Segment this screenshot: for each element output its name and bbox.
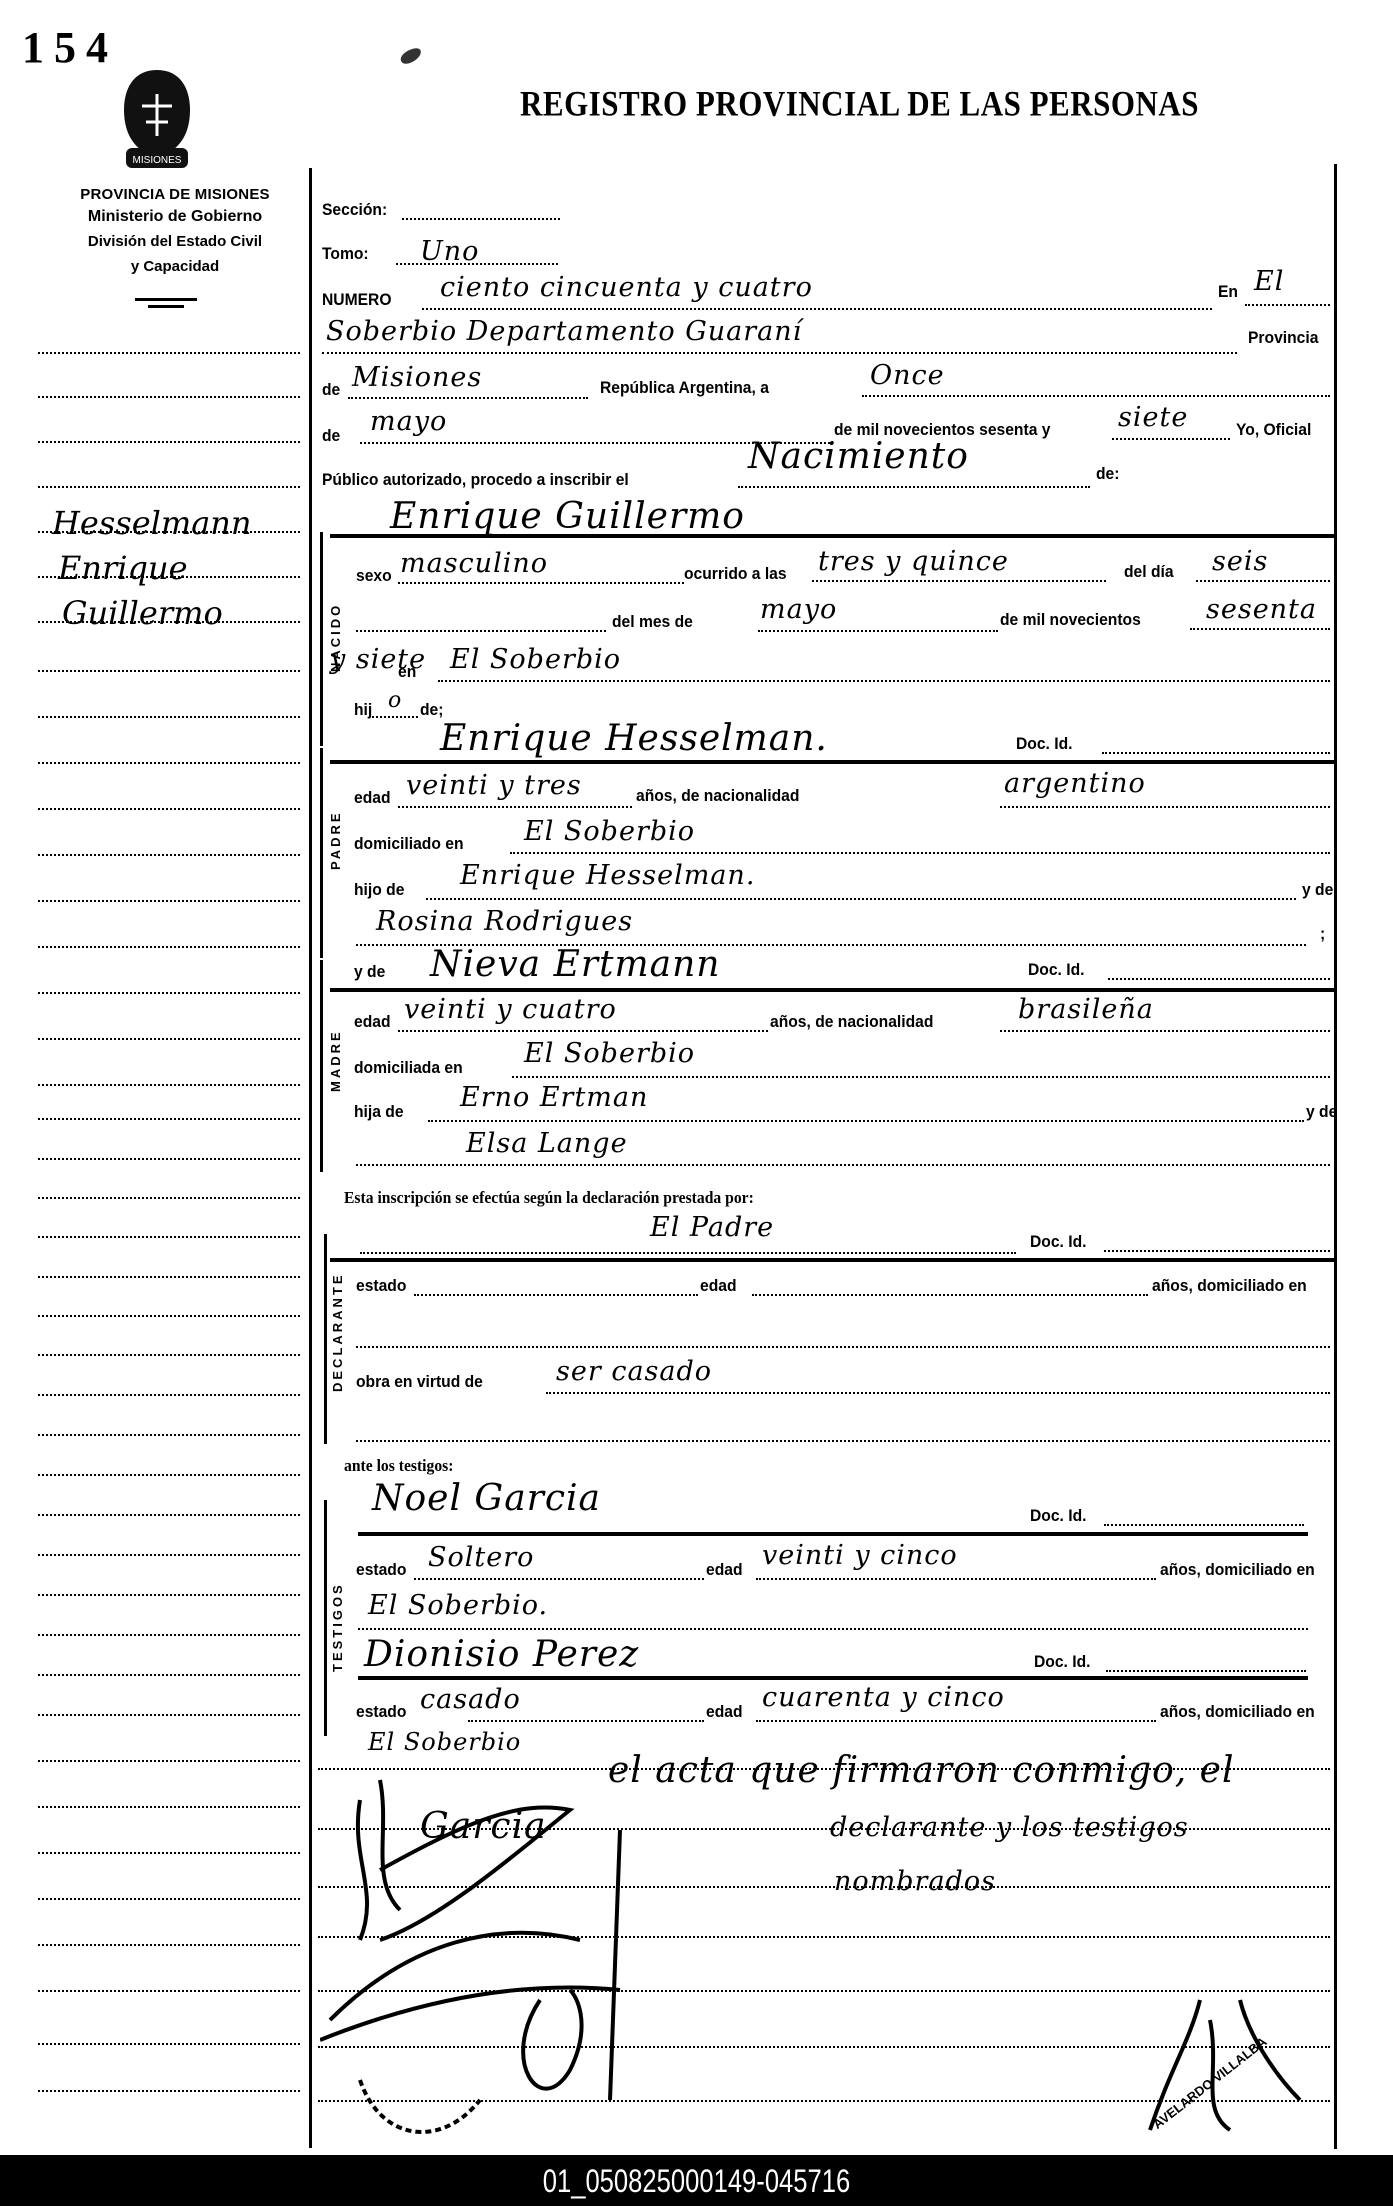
padre-dom-value: El Soberbio xyxy=(524,816,695,847)
margin-line xyxy=(38,1118,300,1120)
madre-nac-value: brasileña xyxy=(1018,994,1154,1025)
madre-madre-de-value: Elsa Lange xyxy=(466,1128,628,1159)
testigos-intro: ante los testigos: xyxy=(344,1456,453,1476)
document-title: REGISTRO PROVINCIAL DE LAS PERSONAS xyxy=(520,83,1199,124)
hijo-label: hij xyxy=(354,700,372,720)
provincial-crest-icon: MISIONES xyxy=(116,66,198,176)
testigo-1-estado-label: estado xyxy=(356,1560,406,1580)
hijo-field[interactable] xyxy=(372,716,418,718)
dia-nac-label: del día xyxy=(1124,562,1174,582)
margin-line xyxy=(38,992,300,994)
lugar-nac-value: El Soberbio xyxy=(450,644,621,675)
nacido-bracket xyxy=(320,532,323,746)
testigo-2-edad-field[interactable] xyxy=(756,1720,1156,1722)
declarante-estado-field[interactable] xyxy=(414,1294,698,1296)
padre-doc-field[interactable] xyxy=(1102,752,1330,754)
margin-divider xyxy=(309,168,312,2148)
margin-line xyxy=(38,1760,300,1762)
margin-line xyxy=(38,946,300,948)
issuer-rule xyxy=(135,298,197,301)
margin-line xyxy=(38,2090,300,2092)
mes-registro-value: mayo xyxy=(370,406,447,437)
madre-y-de-label-2: y de xyxy=(1306,1102,1337,1122)
padre-semicolon: ; xyxy=(1320,924,1325,944)
declarante-dom-label: años, domiciliado en xyxy=(1152,1276,1307,1296)
provincia-de-label: de xyxy=(322,380,340,400)
provincia-field[interactable] xyxy=(348,397,588,399)
testigo-1-estado: Soltero xyxy=(428,1542,534,1573)
declarante-bracket xyxy=(324,1234,327,1444)
issuer-ministry: Ministerio de Gobierno xyxy=(40,208,310,226)
testigo-2-estado: casado xyxy=(420,1684,521,1715)
declarante-estado-label: estado xyxy=(356,1276,406,1296)
padre-nac-field[interactable] xyxy=(1000,806,1330,808)
signature-scribbles-icon xyxy=(320,1740,740,2140)
margin-line xyxy=(38,670,300,672)
padre-hijo-de-label: hijo de xyxy=(354,880,404,900)
testigo-2-estado-label: estado xyxy=(356,1702,406,1722)
margin-line xyxy=(38,1806,300,1808)
testigos-bracket xyxy=(324,1500,327,1736)
margin-line xyxy=(38,1634,300,1636)
padre-dom-field[interactable] xyxy=(510,852,1330,854)
provincia-label: Provincia xyxy=(1248,328,1318,348)
ocurrido-label: ocurrido a las xyxy=(684,564,787,584)
madre-dom-label: domiciliada en xyxy=(354,1058,463,1078)
en-value: El xyxy=(1254,266,1284,297)
sexo-label: sexo xyxy=(356,566,392,586)
numero-label: NUMERO xyxy=(322,290,392,310)
declarante-obra-label: obra en virtud de xyxy=(356,1372,483,1392)
declarante-doc-label: Doc. Id. xyxy=(1030,1232,1086,1252)
acto-de-label: de: xyxy=(1096,464,1119,484)
declarante-intro: Esta inscripción se efectúa según la dec… xyxy=(344,1188,754,1208)
madre-dom-value: El Soberbio xyxy=(524,1038,695,1069)
madre-nac-field[interactable] xyxy=(1000,1030,1330,1032)
lugar-value: Soberbio Departamento Guaraní xyxy=(326,316,802,347)
madre-hija-de-value: Erno Ertman xyxy=(460,1082,648,1113)
margin-line xyxy=(38,1514,300,1516)
declarante-doc-field[interactable] xyxy=(1104,1250,1330,1252)
issuer-capacity: y Capacidad xyxy=(40,258,310,275)
lugar-field[interactable] xyxy=(322,352,1237,354)
margin-line xyxy=(38,1594,300,1596)
margin-line xyxy=(38,486,300,488)
margin-line xyxy=(38,1158,300,1160)
margin-line xyxy=(38,808,300,810)
madre-doc-field[interactable] xyxy=(1108,978,1330,980)
testigo-2-nombre: Dionisio Perez xyxy=(364,1634,639,1675)
margin-line xyxy=(38,1852,300,1854)
testigo-1-estado-field[interactable] xyxy=(414,1578,704,1580)
margin-line xyxy=(38,1474,300,1476)
madre-bracket xyxy=(320,960,323,1172)
padre-madre-de-value: Rosina Rodrigues xyxy=(376,906,633,937)
madre-nombre-rule xyxy=(330,988,1334,992)
margin-line xyxy=(38,1197,300,1199)
dia-registro-value: Once xyxy=(870,360,945,391)
mes-nac-value: mayo xyxy=(760,594,837,625)
anio-nac-label: de mil novecientos xyxy=(1000,610,1141,630)
acto-field[interactable] xyxy=(738,486,1090,488)
madre-hija-de-field[interactable] xyxy=(428,1120,1304,1122)
hijo-value: o xyxy=(388,688,402,713)
fecha-de-label: de xyxy=(322,426,340,446)
testigo-2-dom-label: años, domiciliado en xyxy=(1160,1702,1315,1722)
declarante-edad-field[interactable] xyxy=(752,1294,1148,1296)
seccion-label: Sección: xyxy=(322,200,387,220)
padre-nac-value: argentino xyxy=(1004,768,1146,799)
madre-doc-label: Doc. Id. xyxy=(1028,960,1084,980)
issuer-province: PROVINCIA DE MISIONES xyxy=(40,186,310,203)
acto-label: Público autorizado, procedo a inscribir … xyxy=(322,470,629,490)
form-right-border xyxy=(1334,164,1337,2149)
issuer-rule-short xyxy=(148,305,184,308)
testigo-1-edad-field[interactable] xyxy=(756,1578,1156,1580)
madre-edad-label: edad xyxy=(354,1012,391,1032)
anio-nac-field[interactable] xyxy=(1190,628,1330,630)
tomo-label: Tomo: xyxy=(322,244,369,264)
margin-line xyxy=(38,396,300,398)
margin-line xyxy=(38,352,300,354)
declarante-obra-value: ser casado xyxy=(556,1356,712,1387)
testigo-1-edad-label: edad xyxy=(706,1560,743,1580)
padre-edad-label: edad xyxy=(354,788,391,808)
en-field[interactable] xyxy=(1245,304,1330,306)
madre-nombre: Nieva Ertmann xyxy=(430,944,721,985)
anio-registro-value: siete xyxy=(1118,402,1188,433)
madre-edad-field[interactable] xyxy=(398,1030,768,1032)
declarante-nombre: El Padre xyxy=(650,1212,774,1243)
testigos-section-label: TESTIGOS xyxy=(330,1582,345,1672)
anio-registro-field[interactable] xyxy=(1112,438,1230,440)
lugar-nac-field[interactable] xyxy=(438,680,1330,682)
hijo-de-label: de; xyxy=(420,700,443,720)
declarante-obra-field[interactable] xyxy=(546,1392,1330,1394)
margin-given-name-1: Enrique xyxy=(58,549,188,587)
margin-line xyxy=(38,1354,300,1356)
testigo-2-edad: cuarenta y cinco xyxy=(762,1682,1005,1713)
margin-line xyxy=(38,1898,300,1900)
anio-nac-value-a: sesenta xyxy=(1206,594,1317,625)
margin-line xyxy=(38,716,300,718)
padre-dom-label: domiciliado en xyxy=(354,834,464,854)
nacido-nombre-rule xyxy=(330,534,1334,538)
margin-line xyxy=(38,1236,300,1238)
sexo-field[interactable] xyxy=(398,582,684,584)
margin-line xyxy=(38,854,300,856)
padre-y-de-label: y de xyxy=(1302,880,1333,900)
testigo-1-nombre: Noel Garcia xyxy=(372,1478,601,1519)
declarante-extra-field[interactable] xyxy=(356,1440,1330,1442)
declarante-dom-field[interactable] xyxy=(356,1346,1330,1348)
testigo-1-dom-label: años, domiciliado en xyxy=(1160,1560,1315,1580)
declarante-nombre-rule xyxy=(330,1258,1334,1262)
declarante-nombre-field[interactable] xyxy=(360,1252,1016,1254)
margin-line xyxy=(38,1038,300,1040)
dia-nac-field[interactable] xyxy=(1196,580,1330,582)
testigo-2-estado-field[interactable] xyxy=(468,1720,704,1722)
hora-value: tres y quince xyxy=(818,546,1009,577)
madre-madre-de-field[interactable] xyxy=(356,1164,1330,1166)
provincia-value: Misiones xyxy=(352,362,482,393)
sexo-value: masculino xyxy=(400,548,548,579)
padre-edad-field[interactable] xyxy=(398,806,632,808)
margin-line xyxy=(38,2043,300,2045)
lugar-nac-label: en xyxy=(398,662,416,682)
testigo-1-edad: veinti y cinco xyxy=(762,1540,958,1571)
margin-line xyxy=(38,1674,300,1676)
padre-doc-label: Doc. Id. xyxy=(1016,734,1072,754)
margin-line xyxy=(38,1554,300,1556)
mes-nac-field[interactable] xyxy=(758,630,998,632)
padre-bracket xyxy=(320,748,323,958)
margin-line xyxy=(38,1276,300,1278)
dia-registro-field[interactable] xyxy=(862,395,1330,397)
testigo-1-doc-field[interactable] xyxy=(1104,1524,1304,1526)
margin-line xyxy=(38,1944,300,1946)
numero-field[interactable] xyxy=(422,308,1212,310)
madre-dom-field[interactable] xyxy=(512,1076,1330,1078)
padre-nombre-rule xyxy=(330,760,1334,764)
mes-nac-label: del mes de xyxy=(612,612,693,632)
testigo-2-rule xyxy=(358,1676,1308,1680)
margin-line xyxy=(38,1714,300,1716)
margin-line xyxy=(38,441,300,443)
cierre-text-2: declarante y los testigos xyxy=(830,1812,1189,1843)
testigo-1-doc-label: Doc. Id. xyxy=(1030,1506,1086,1526)
margin-surname: Hesselmann xyxy=(52,504,252,542)
issuer-division: División del Estado Civil xyxy=(40,233,310,250)
margin-line xyxy=(38,1434,300,1436)
margin-line xyxy=(38,1394,300,1396)
margin-line xyxy=(38,1084,300,1086)
nacido-spacer-field xyxy=(356,630,606,632)
testigo-2-doc-label: Doc. Id. xyxy=(1034,1652,1090,1672)
madre-section-label: MADRE xyxy=(328,1029,343,1092)
madre-nac-label: años, de nacionalidad xyxy=(770,1012,933,1032)
margin-line xyxy=(38,1315,300,1317)
en-label: En xyxy=(1218,282,1238,302)
svg-text:MISIONES: MISIONES xyxy=(133,155,182,166)
madre-y-de-label: y de xyxy=(354,962,385,982)
madre-edad-value: veinti y cuatro xyxy=(404,994,617,1025)
acto-value: Nacimiento xyxy=(748,436,969,477)
tomo-value: Uno xyxy=(420,236,479,267)
declarante-edad-label: edad xyxy=(700,1276,737,1296)
testigo-1-domicilio: El Soberbio. xyxy=(368,1590,548,1621)
hora-field[interactable] xyxy=(812,580,1106,582)
ink-smudge xyxy=(398,46,423,66)
republica-label: República Argentina, a xyxy=(600,378,769,398)
margin-line xyxy=(38,762,300,764)
madre-hija-de-label: hija de xyxy=(354,1102,404,1122)
oficial-label: Yo, Oficial xyxy=(1236,420,1311,440)
dia-nac-value: seis xyxy=(1212,546,1268,577)
padre-nombre: Enrique Hesselman. xyxy=(440,718,828,759)
testigo-1-rule xyxy=(358,1532,1308,1536)
numero-value: ciento cincuenta y cuatro xyxy=(440,272,813,303)
padre-hijo-de-value: Enrique Hesselman. xyxy=(460,860,755,891)
padre-section-label: PADRE xyxy=(328,810,343,870)
testigo-2-doc-field[interactable] xyxy=(1106,1670,1306,1672)
seccion-field[interactable] xyxy=(402,218,560,220)
margin-given-name-2: Guillermo xyxy=(62,594,223,632)
testigo-2-edad-label: edad xyxy=(706,1702,743,1722)
testigo-1-dom-field[interactable] xyxy=(358,1628,1308,1630)
cierre-text-3: nombrados xyxy=(834,1866,996,1897)
padre-nac-label: años, de nacionalidad xyxy=(636,786,799,806)
padre-edad-value: veinti y tres xyxy=(406,770,582,801)
footer-document-id: 01_050825000149-045716 xyxy=(139,2163,1253,2200)
padre-hijo-de-field[interactable] xyxy=(426,898,1296,900)
margin-line xyxy=(38,900,300,902)
page-number: 154 xyxy=(22,22,118,73)
declarante-section-label: DECLARANTE xyxy=(330,1272,345,1392)
nacido-nombre: Enrique Guillermo xyxy=(390,496,745,537)
margin-line xyxy=(38,1990,300,1992)
